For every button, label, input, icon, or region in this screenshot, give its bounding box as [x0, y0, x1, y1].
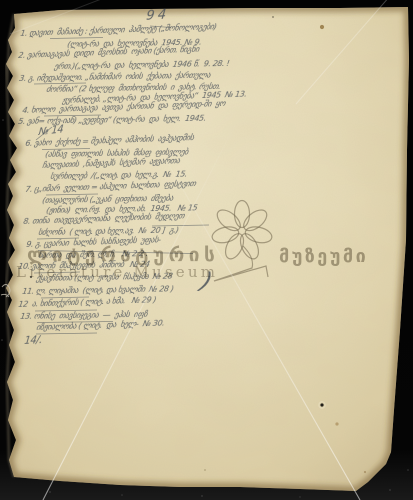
- scanned-document-page: 9 41. დავით მაჩაიძე : ქართული ჰამლეტ („მ…: [0, 0, 413, 500]
- paper-sheet: [0, 0, 413, 500]
- paper-scan-graphic: [0, 0, 413, 500]
